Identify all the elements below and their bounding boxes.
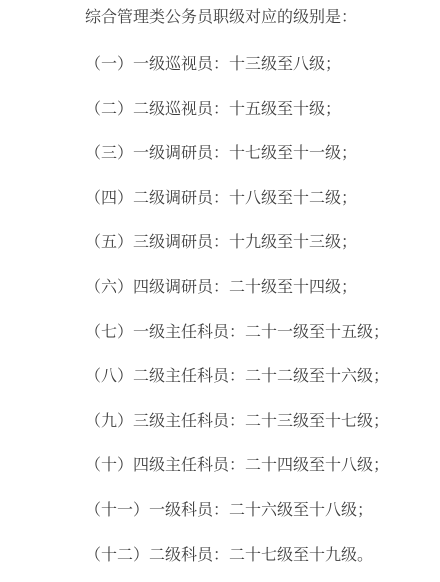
- list-item-9: （九）三级主任科员：二十三级至十七级；: [85, 414, 389, 431]
- list-item-11: （十一）一级科员：二十六级至十八级；: [85, 503, 373, 520]
- list-item-10: （十）四级主任科员：二十四级至十八级；: [85, 458, 389, 475]
- list-item-6: （六）四级调研员：二十级至十四级；: [85, 280, 357, 297]
- list-item-4: （四）二级调研员：十八级至十二级；: [85, 191, 357, 208]
- list-item-7: （七）一级主任科员：二十一级至十五级；: [85, 325, 389, 342]
- list-item-1: （一）一级巡视员：十三级至八级；: [85, 57, 341, 74]
- document-title: 综合管理类公务员职级对应的级别是：: [85, 10, 357, 27]
- list-item-8: （八）二级主任科员：二十二级至十六级；: [85, 369, 389, 386]
- list-item-5: （五）三级调研员：十九级至十三级；: [85, 235, 357, 252]
- list-item-12: （十二）二级科员：二十七级至十九级。: [85, 548, 373, 565]
- list-item-3: （三）一级调研员：十七级至十一级；: [85, 146, 357, 163]
- list-item-2: （二）二级巡视员：十五级至十级；: [85, 102, 341, 119]
- document-page: 综合管理类公务员职级对应的级别是： （一）一级巡视员：十三级至八级； （二）二级…: [0, 0, 440, 582]
